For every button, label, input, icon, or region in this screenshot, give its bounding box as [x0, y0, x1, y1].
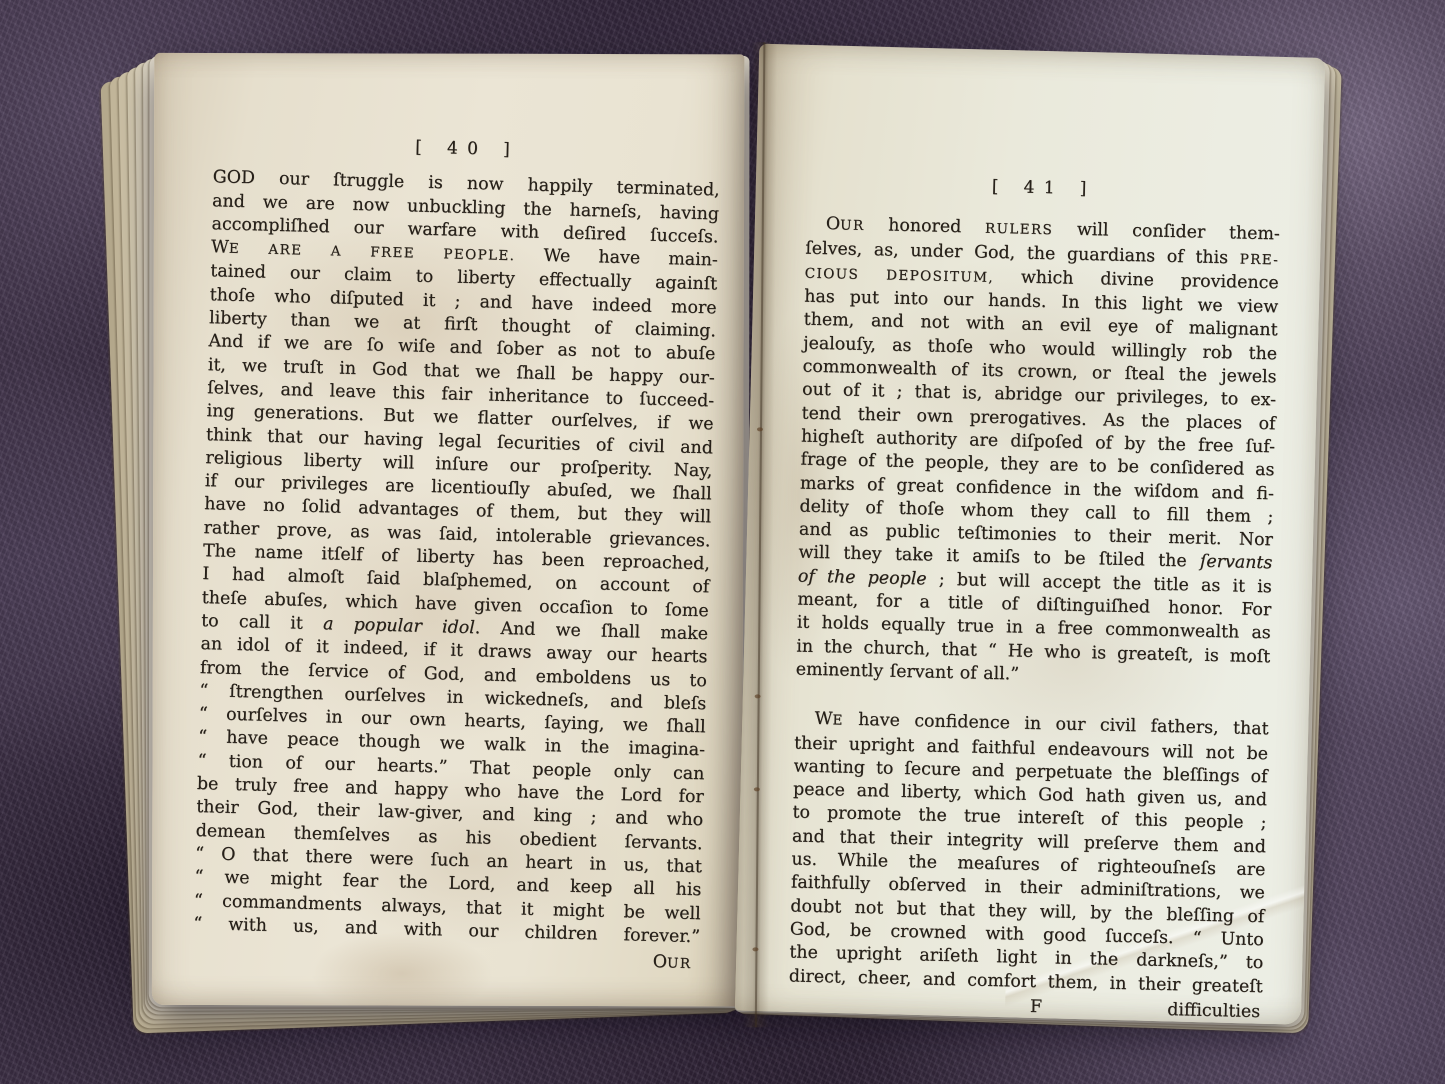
open-book: [ 40 ] GOD our ſtruggle is now happily t… [91, 25, 1350, 1061]
left-page-text: [ 40 ] GOD our ſtruggle is now happily t… [192, 131, 721, 976]
left-page-lines: GOD our ſtruggle is now happily terminat… [193, 166, 720, 949]
stitch-hole [754, 787, 760, 791]
stitch-hole [752, 947, 758, 951]
signature-mark: F [1030, 996, 1043, 1020]
right-page-paragraph-1: OUR honored RULERS will conſider them-ſe… [796, 213, 1281, 693]
stitch-hole [757, 427, 763, 431]
gutter-crease [755, 42, 765, 1027]
left-page: [ 40 ] GOD our ſtruggle is now happily t… [152, 53, 744, 1007]
page-number-41: [ 41 ] [807, 172, 1281, 206]
stitch-hole [755, 694, 761, 698]
page-number-40: [ 40 ] [213, 131, 720, 168]
photo-canvas: { "colors":{ "velvet_base":"#41344a", "v… [0, 0, 1445, 1084]
catchword-difficulties: difficulties [1167, 999, 1260, 1024]
right-page: [ 41 ] OUR honored RULERS will conſider … [735, 44, 1325, 1025]
right-page-text: [ 41 ] OUR honored RULERS will conſider … [788, 172, 1281, 1025]
right-page-paragraph-2: WE have confidence in our civil fathers,… [789, 708, 1269, 999]
